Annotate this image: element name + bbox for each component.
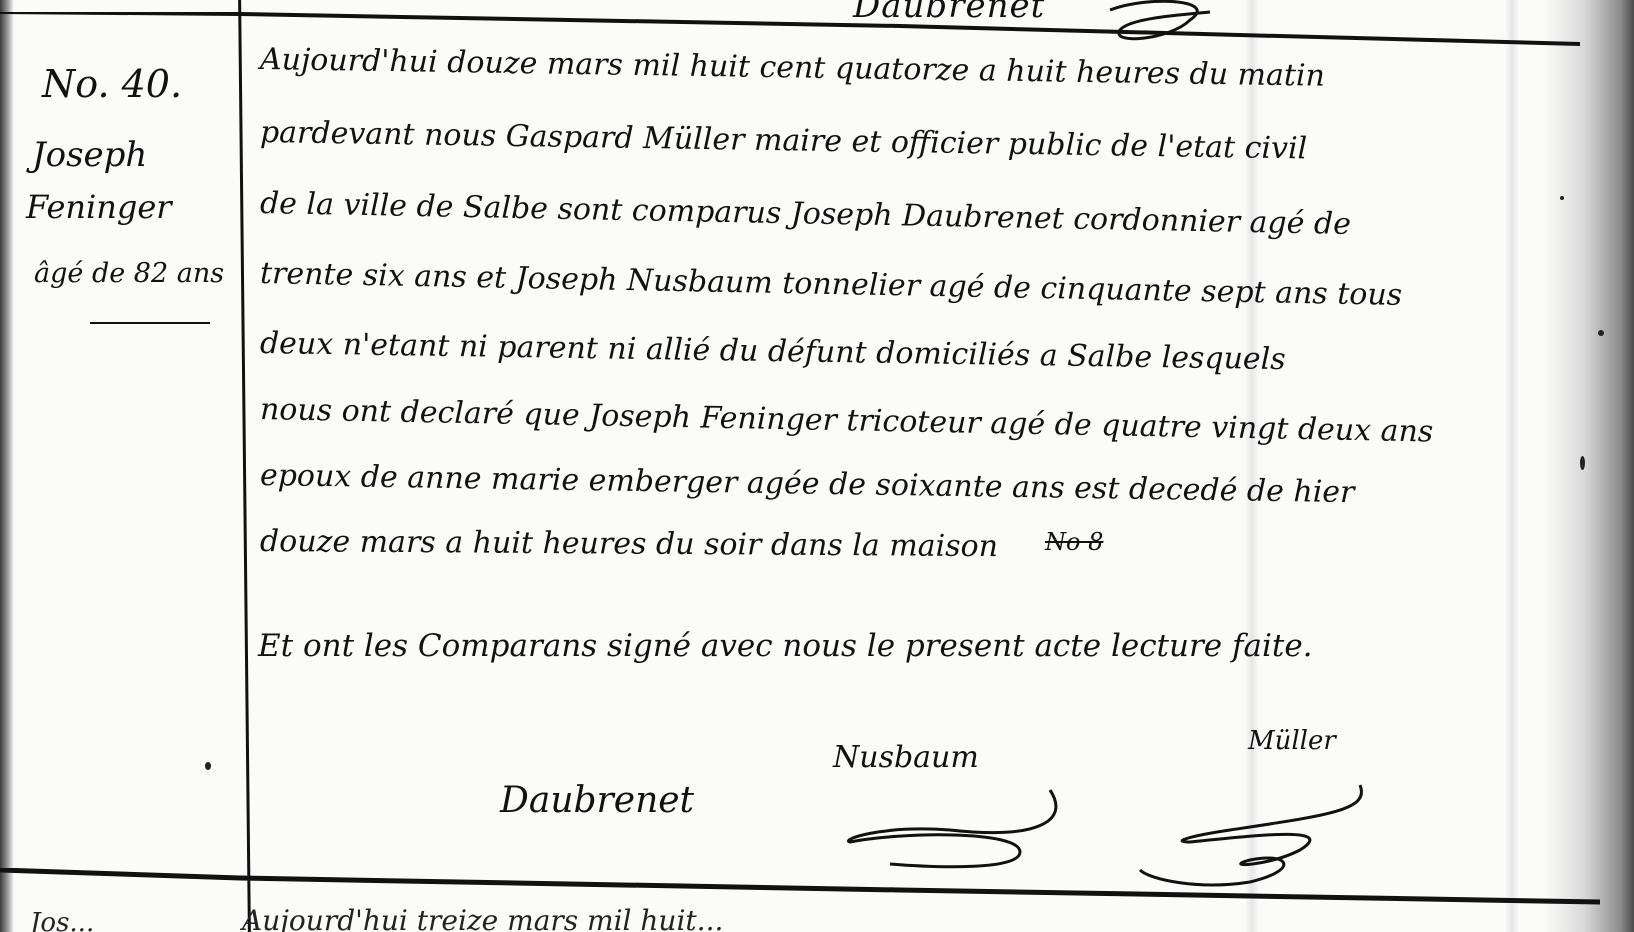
body-line-2: pardevant nous Gaspard Müller maire et o… (260, 115, 1308, 166)
register-page: Daubrenet No. 40. Joseph Feninger âgé de… (0, 0, 1634, 932)
ink-speck (205, 762, 211, 770)
ink-speck (1560, 196, 1564, 200)
struck-annotation: No 8 (1045, 528, 1103, 556)
ink-speck (1580, 456, 1585, 470)
deceased-surname: Feninger (26, 188, 172, 226)
bottom-rule-line (0, 868, 1634, 908)
previous-entry-signature: Daubrenet (853, 0, 1045, 26)
body-line-8: douze mars a huit heures du soir dans la… (260, 524, 998, 564)
closing-statement: Et ont les Comparans signé avec nous le … (258, 628, 1313, 664)
signature-nusbaum: Nusbaum (833, 740, 979, 775)
deceased-age: âgé de 82 ans (34, 258, 224, 289)
body-line-3: de la ville de Salbe sont comparus Josep… (260, 186, 1352, 242)
next-entry-text-fragment: Aujourd'hui treize mars mil huit... (242, 904, 723, 932)
body-line-5: deux n'etant ni parent ni allié du défun… (260, 326, 1286, 377)
ink-speck (1598, 330, 1604, 336)
signature-flourish-icon (820, 780, 1080, 870)
body-line-7: epoux de anne marie emberger agée de soi… (260, 458, 1355, 510)
entry-number: No. 40. (42, 62, 182, 106)
top-rule-line (0, 12, 1634, 52)
paper-fold-band (1505, 0, 1519, 932)
signature-muller: Müller (1248, 726, 1336, 756)
binding-shadow (0, 0, 14, 932)
signature-flourish-icon (1090, 0, 1240, 50)
next-entry-margin-fragment: Jos... (30, 908, 94, 932)
signature-daubrenet: Daubrenet (500, 780, 694, 821)
gutter-shadow (1544, 0, 1634, 932)
body-line-4: trente six ans et Joseph Nusbaum tonneli… (260, 256, 1403, 313)
margin-underline (90, 322, 210, 324)
deceased-first-name: Joseph (32, 135, 147, 175)
margin-rule-line (238, 0, 251, 932)
